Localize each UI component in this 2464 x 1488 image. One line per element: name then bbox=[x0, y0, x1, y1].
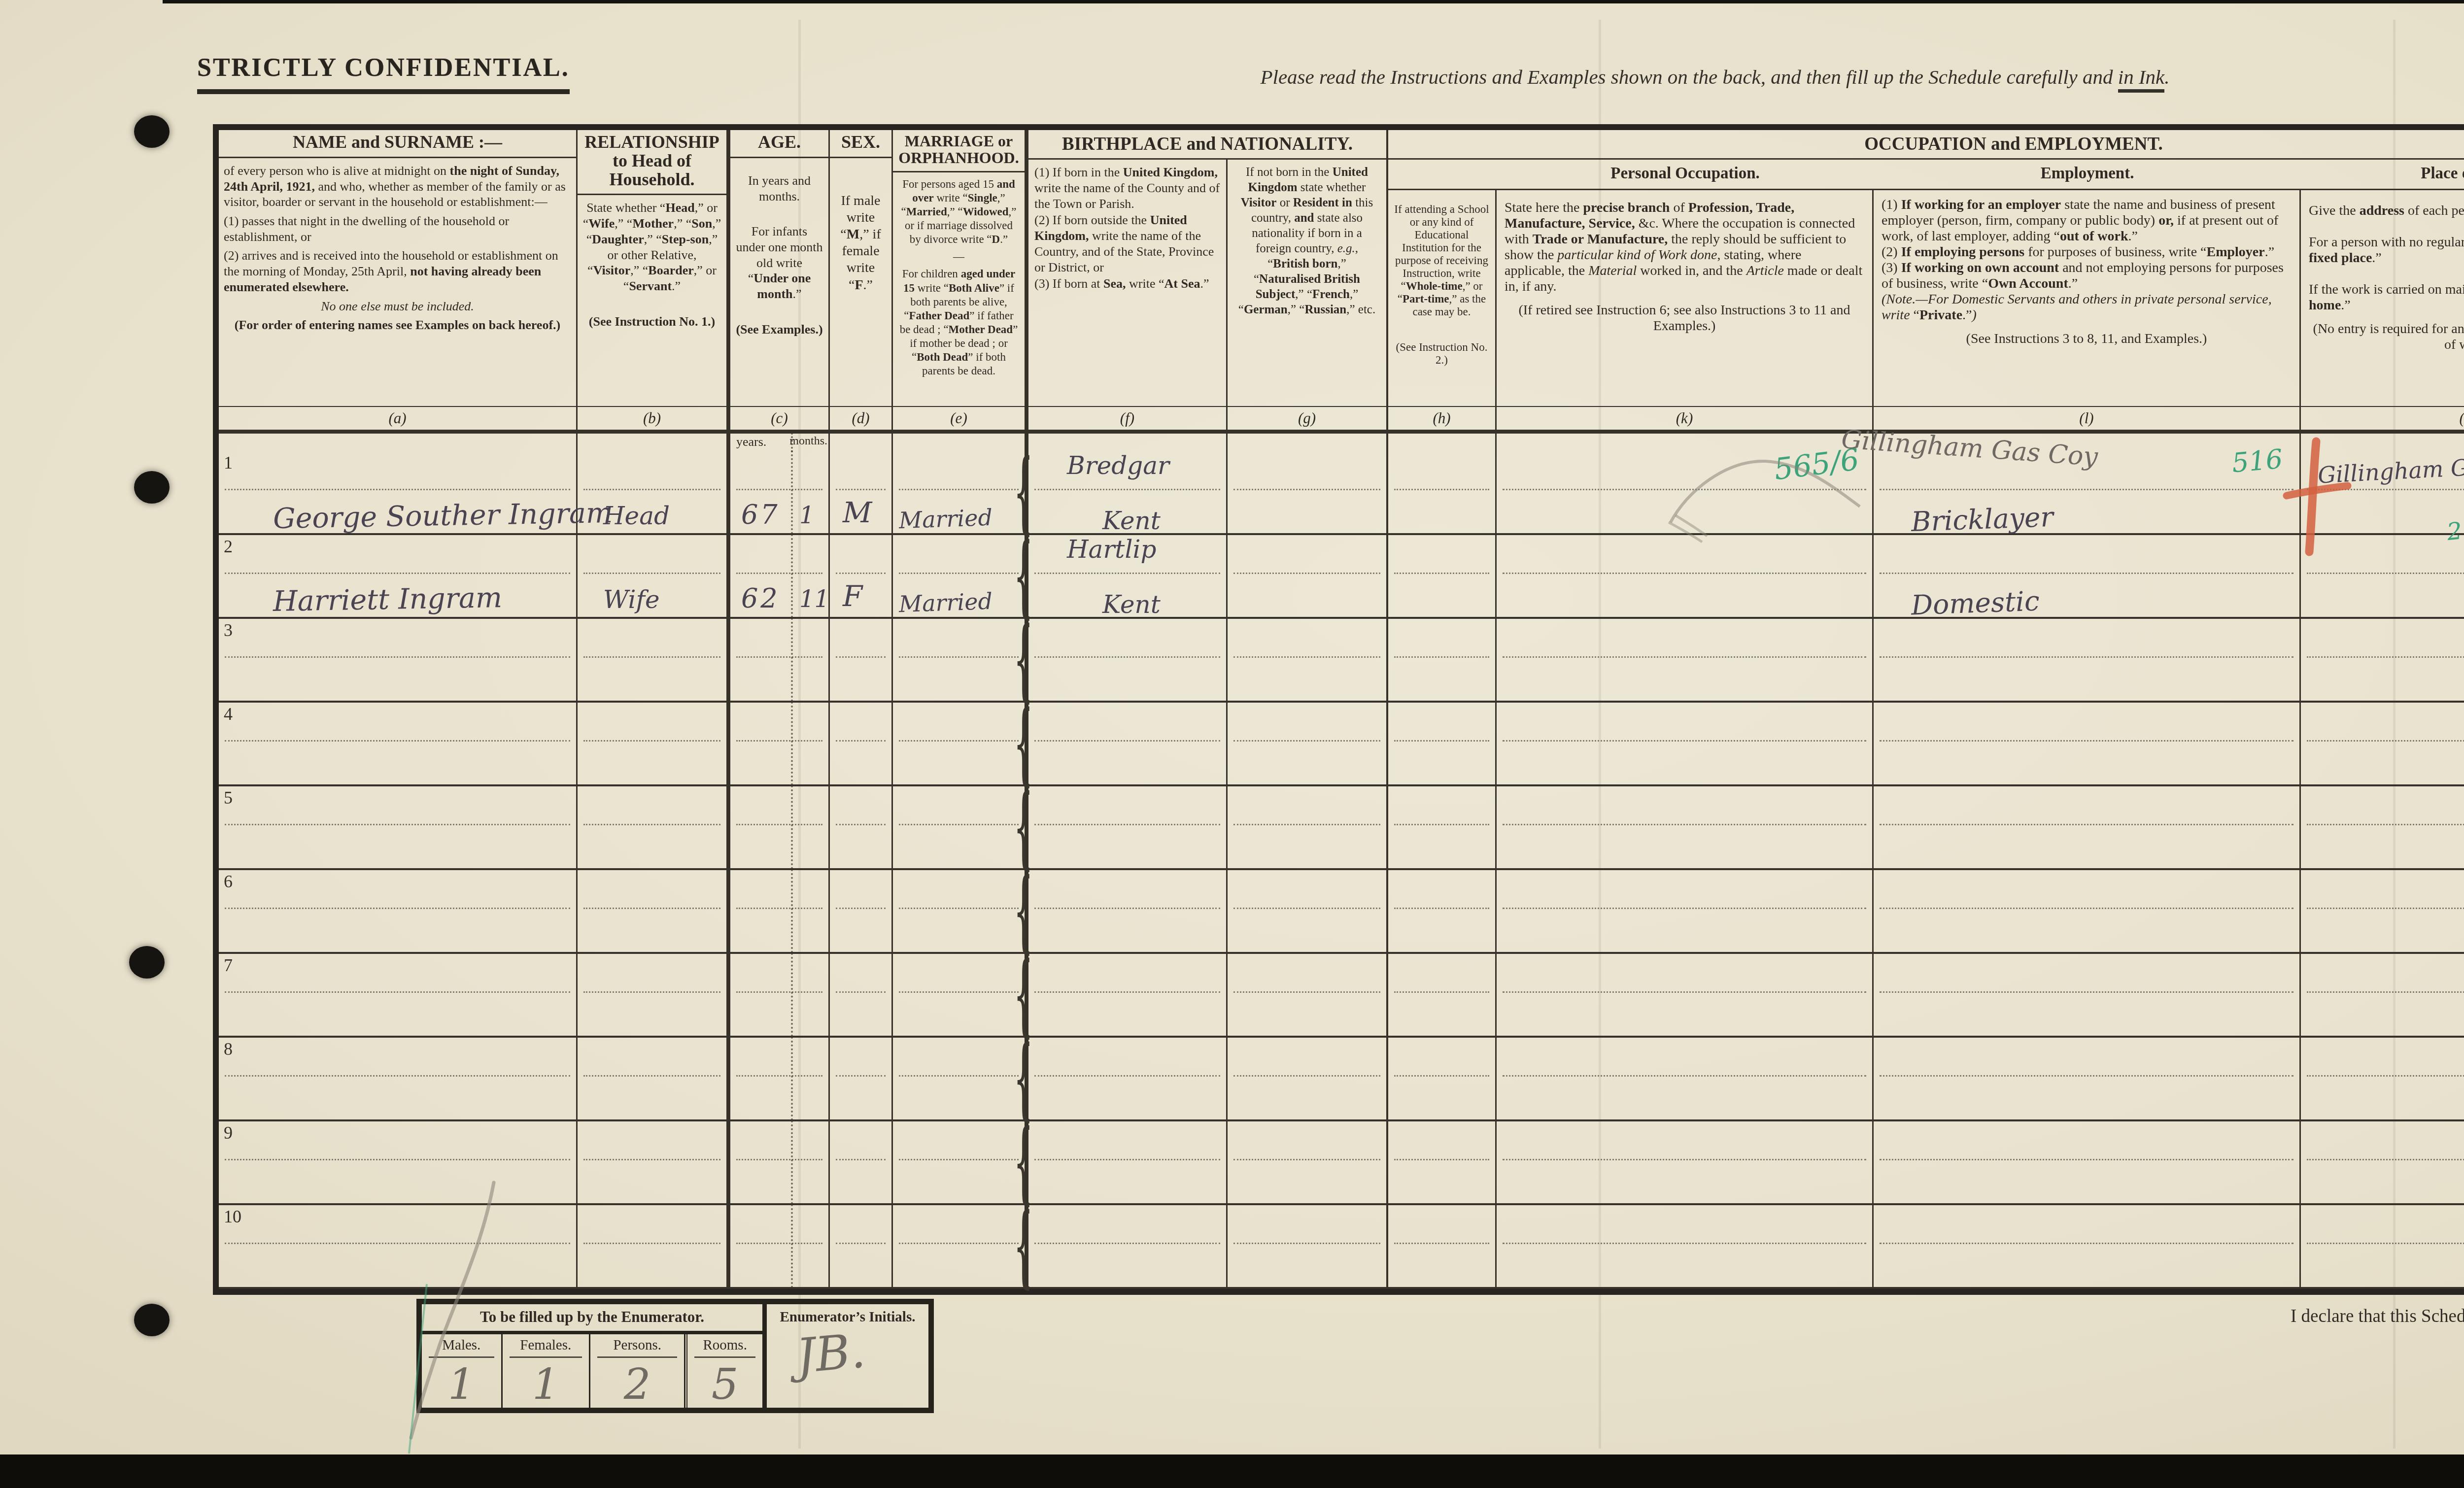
row-8-col-d bbox=[830, 1038, 893, 1121]
column-letter-k: (k) bbox=[1497, 406, 1874, 430]
column-letter-l: (l) bbox=[1874, 406, 2301, 430]
header-school-attendance: If attending a School or any kind of Edu… bbox=[1388, 190, 1497, 406]
row-8-col-b bbox=[578, 1038, 730, 1121]
row-3-col-g bbox=[1228, 619, 1388, 703]
row-7-col-d bbox=[830, 954, 893, 1038]
row-8-col-l bbox=[1874, 1038, 2301, 1121]
row-2-col-l: Domestic bbox=[1874, 535, 2301, 619]
females-label: Females. bbox=[510, 1334, 582, 1358]
row-number: 6 bbox=[224, 871, 233, 892]
punch-hole bbox=[134, 115, 170, 148]
relationship-entry: Head bbox=[603, 502, 670, 530]
row-number: 9 bbox=[224, 1122, 233, 1143]
rooms-label: Rooms. bbox=[694, 1334, 755, 1358]
row-1-col-f: {BredgarKent bbox=[1028, 451, 1228, 535]
subtitle-employment: Employment. bbox=[1874, 165, 2301, 183]
row-3-col-b bbox=[578, 619, 730, 703]
subheader-spacer bbox=[1388, 430, 1497, 451]
row-4-col-m bbox=[2301, 703, 2464, 786]
row-9-col-c bbox=[730, 1121, 830, 1205]
row-2-col-e: Married bbox=[893, 535, 1028, 619]
sex-entry: M bbox=[843, 496, 872, 529]
header-marriage-orphanhood: MARRIAGE or ORPHANHOOD. For persons aged… bbox=[893, 130, 1028, 406]
row-7-col-g bbox=[1228, 954, 1388, 1038]
row-5-col-g bbox=[1228, 786, 1388, 870]
row-10-col-c bbox=[730, 1205, 830, 1289]
row-5-col-d bbox=[830, 786, 893, 870]
subtitle-place-of-work: Place of Work. bbox=[2301, 165, 2464, 183]
row-1-col-g bbox=[1228, 451, 1388, 535]
occupation-entry: Bricklayer bbox=[1911, 501, 2054, 538]
row-10-col-k bbox=[1497, 1205, 1874, 1289]
row-3-col-c bbox=[730, 619, 830, 703]
column-letter-d: (d) bbox=[830, 406, 893, 430]
header-place-of-work: Give the address of each person’s place … bbox=[2301, 190, 2464, 406]
enumerator-initials-entry: JB. bbox=[794, 1323, 867, 1384]
signature-note: (Head of Household, Manager of Establish… bbox=[2454, 1402, 2464, 1419]
marriage-entry: Married bbox=[898, 588, 993, 618]
row-1-col-d: M bbox=[830, 451, 893, 535]
census-schedule-page: STRICTLY CONFIDENTIAL. Please read the I… bbox=[0, 0, 2464, 1488]
row-number: 5 bbox=[224, 787, 233, 808]
row-9-col-m bbox=[2301, 1121, 2464, 1205]
years-months-divider bbox=[791, 785, 793, 869]
row-2-col-h bbox=[1388, 535, 1497, 619]
name-entry: Harriett Ingram bbox=[273, 581, 502, 618]
subtitle-personal-occupation: Personal Occupation. bbox=[1497, 165, 1874, 183]
header-occupation-employment: OCCUPATION and EMPLOYMENT. Personal Occu… bbox=[1388, 130, 2464, 406]
years-months-divider bbox=[791, 1120, 793, 1204]
row-9-col-k bbox=[1497, 1121, 1874, 1205]
row-2-col-d: F bbox=[830, 535, 893, 619]
row-4-col-l bbox=[1874, 703, 2301, 786]
rooms-cell: Rooms. 5 bbox=[684, 1334, 762, 1408]
enumerator-summary-box: To be filled up by the Enumerator. Males… bbox=[416, 1299, 934, 1413]
row-10-col-g bbox=[1228, 1205, 1388, 1289]
row-6-col-f: { bbox=[1028, 870, 1228, 954]
row-9-col-h bbox=[1388, 1121, 1497, 1205]
row-9-col-l bbox=[1874, 1121, 2301, 1205]
row-7-col-e bbox=[893, 954, 1028, 1038]
row-number: 3 bbox=[224, 620, 233, 641]
row-5-col-b bbox=[578, 786, 730, 870]
years-months-divider bbox=[791, 702, 793, 785]
years-months-divider bbox=[791, 450, 793, 534]
employer-code-annotation: 516 bbox=[2230, 443, 2284, 479]
header-personal-occupation: State here the precise branch of Profess… bbox=[1497, 190, 1874, 406]
column-letter-a: (a) bbox=[219, 406, 578, 430]
row-7-col-c bbox=[730, 954, 830, 1038]
row-3-col-e bbox=[893, 619, 1028, 703]
row-7-col-b bbox=[578, 954, 730, 1038]
row-2-col-c: 6211 bbox=[730, 535, 830, 619]
column-letter-h: (h) bbox=[1388, 406, 1497, 430]
row-3-col-h bbox=[1388, 619, 1497, 703]
relationship-entry: Wife bbox=[603, 585, 660, 614]
row-10-col-f: { bbox=[1028, 1205, 1228, 1289]
years-months-divider bbox=[791, 1037, 793, 1120]
row-5-col-a: 5 bbox=[219, 786, 578, 870]
rooms-value: 5 bbox=[687, 1360, 762, 1409]
subheader-spacer bbox=[2301, 430, 2464, 451]
row-7-col-l bbox=[1874, 954, 2301, 1038]
row-3-col-l bbox=[1874, 619, 2301, 703]
row-10-col-b bbox=[578, 1205, 730, 1289]
row-8-col-k bbox=[1497, 1038, 1874, 1121]
subheader-spacer bbox=[1028, 430, 1228, 451]
row-10-col-m bbox=[2301, 1205, 2464, 1289]
occupation-entry: Domestic bbox=[1911, 585, 2040, 621]
years-months-divider bbox=[791, 1204, 793, 1288]
years-label: years. bbox=[736, 435, 766, 449]
enumerator-box-title: To be filled up by the Enumerator. bbox=[422, 1304, 762, 1334]
header-nationality: If not born in the United Kingdom state … bbox=[1228, 160, 1386, 406]
row-9-col-g bbox=[1228, 1121, 1388, 1205]
row-6-col-h bbox=[1388, 870, 1497, 954]
header-age: AGE. In years and months. For infants un… bbox=[730, 130, 830, 406]
row-number: 10 bbox=[224, 1206, 241, 1227]
birthplace-county-entry: Kent bbox=[1102, 590, 1161, 619]
sex-entry: F bbox=[843, 579, 862, 613]
row-8-col-c bbox=[730, 1038, 830, 1121]
row-6-col-d bbox=[830, 870, 893, 954]
subheader-spacer bbox=[893, 430, 1028, 451]
row-6-col-k bbox=[1497, 870, 1874, 954]
row-9-col-a: 9 bbox=[219, 1121, 578, 1205]
row-9-col-f: { bbox=[1028, 1121, 1228, 1205]
place-of-work-entry: Gillingham Gas Works bbox=[2317, 448, 2464, 488]
subheader-spacer bbox=[1228, 430, 1388, 451]
column-letter-f: (f) bbox=[1028, 406, 1228, 430]
years-months-subheader: years.months. bbox=[730, 430, 830, 451]
row-1-col-a: 1George Souther Ingram bbox=[219, 451, 578, 535]
enumerator-initials-label: Enumerator’s Initials. bbox=[767, 1304, 928, 1325]
row-1-col-m: Gillingham Gas Works2709/82 bbox=[2301, 451, 2464, 535]
subheader-spacer bbox=[830, 430, 893, 451]
months-label: months. bbox=[789, 435, 827, 448]
row-5-col-e bbox=[893, 786, 1028, 870]
header-relationship: RELATIONSHIP to Head of Household. State… bbox=[578, 130, 730, 406]
years-months-divider bbox=[791, 618, 793, 702]
column-letter-g: (g) bbox=[1228, 406, 1388, 430]
row-7-col-a: 7 bbox=[219, 954, 578, 1038]
row-6-col-g bbox=[1228, 870, 1388, 954]
row-5-col-c bbox=[730, 786, 830, 870]
header-sex: SEX. If male write “M,” if female write … bbox=[830, 130, 893, 406]
column-letter-m: (m) bbox=[2301, 406, 2464, 430]
row-4-col-b bbox=[578, 703, 730, 786]
subheader-spacer bbox=[219, 430, 578, 451]
row-6-col-m bbox=[2301, 870, 2464, 954]
header-employment: (1) If working for an employer state the… bbox=[1874, 190, 2301, 406]
row-8-col-f: { bbox=[1028, 1038, 1228, 1121]
row-2-col-k bbox=[1497, 535, 1874, 619]
punch-hole bbox=[134, 1304, 170, 1336]
row-number: 8 bbox=[224, 1039, 233, 1059]
row-6-col-b bbox=[578, 870, 730, 954]
row-5-col-k bbox=[1497, 786, 1874, 870]
row-7-col-k bbox=[1497, 954, 1874, 1038]
age-months-entry: 11 bbox=[799, 585, 829, 613]
row-10-col-a: 10 bbox=[219, 1205, 578, 1289]
row-5-col-h bbox=[1388, 786, 1497, 870]
place-code-annotation: 2709/82 bbox=[2446, 508, 2464, 546]
scan-edge-bottom bbox=[0, 1454, 2464, 1488]
birthplace-brace: { bbox=[1014, 1194, 1033, 1298]
row-1-col-e: Married bbox=[893, 451, 1028, 535]
row-2-col-a: 2Harriett Ingram bbox=[219, 535, 578, 619]
row-2-col-f: {HartlipKent bbox=[1028, 535, 1228, 619]
row-10-col-d bbox=[830, 1205, 893, 1289]
row-4-col-k bbox=[1497, 703, 1874, 786]
row-7-col-m bbox=[2301, 954, 2464, 1038]
row-10-col-h bbox=[1388, 1205, 1497, 1289]
enumerator-initials-cell: Enumerator’s Initials. JB. bbox=[767, 1304, 928, 1408]
row-1-col-c: 671 bbox=[730, 451, 830, 535]
occupation-subtitles: Personal Occupation. Employment. Place o… bbox=[1388, 160, 2464, 190]
column-letter-b: (b) bbox=[578, 406, 730, 430]
row-3-col-d bbox=[830, 619, 893, 703]
punch-hole bbox=[134, 471, 170, 504]
females-cell: Females. 1 bbox=[503, 1334, 590, 1408]
row-3-col-a: 3 bbox=[219, 619, 578, 703]
birthplace-entry: Bredgar bbox=[1067, 451, 1169, 480]
header-birthplace-nationality: BIRTHPLACE and NATIONALITY. (1) If born … bbox=[1028, 130, 1388, 406]
row-9-col-d bbox=[830, 1121, 893, 1205]
persons-cell: Persons. 2 bbox=[590, 1334, 685, 1408]
row-7-col-f: { bbox=[1028, 954, 1228, 1038]
row-number: 2 bbox=[224, 536, 233, 557]
row-1-col-l: Gillingham Gas Coy516Bricklayer bbox=[1874, 451, 2301, 535]
row-4-col-h bbox=[1388, 703, 1497, 786]
row-9-col-b bbox=[578, 1121, 730, 1205]
row-10-col-l bbox=[1874, 1205, 2301, 1289]
row-number: 1 bbox=[224, 452, 233, 473]
row-2-col-m bbox=[2301, 535, 2464, 619]
column-letter-c: (c) bbox=[730, 406, 830, 430]
row-6-col-e bbox=[893, 870, 1028, 954]
declaration-text: I declare that this Schedule is correctl… bbox=[2291, 1306, 2464, 1327]
row-9-col-e bbox=[893, 1121, 1028, 1205]
years-months-divider bbox=[791, 534, 793, 618]
birthplace-county-entry: Kent bbox=[1102, 507, 1161, 535]
row-5-col-f: { bbox=[1028, 786, 1228, 870]
census-table: NAME and SURNAME :— of every person who … bbox=[213, 124, 2464, 1295]
row-10-col-e bbox=[893, 1205, 1028, 1289]
row-4-col-d bbox=[830, 703, 893, 786]
row-7-col-h bbox=[1388, 954, 1497, 1038]
marriage-entry: Married bbox=[898, 504, 993, 534]
row-6-col-c bbox=[730, 870, 830, 954]
fill-in-ink-instruction: Please read the Instructions and Example… bbox=[1015, 65, 2415, 89]
header-birthplace: (1) If born in the United Kingdom, write… bbox=[1028, 160, 1228, 406]
row-3-col-k bbox=[1497, 619, 1874, 703]
row-6-col-a: 6 bbox=[219, 870, 578, 954]
row-8-col-a: 8 bbox=[219, 1038, 578, 1121]
punch-hole bbox=[129, 946, 165, 979]
row-8-col-h bbox=[1388, 1038, 1497, 1121]
row-number: 4 bbox=[224, 704, 233, 724]
females-value: 1 bbox=[503, 1360, 589, 1409]
years-months-divider bbox=[791, 869, 793, 953]
subheader-spacer bbox=[578, 430, 730, 451]
age-years-entry: 62 bbox=[741, 583, 780, 614]
males-value: 1 bbox=[422, 1360, 501, 1409]
row-2-col-b: Wife bbox=[578, 535, 730, 619]
row-4-col-g bbox=[1228, 703, 1388, 786]
persons-value: 2 bbox=[590, 1360, 684, 1409]
males-cell: Males. 1 bbox=[422, 1334, 503, 1408]
row-4-col-f: { bbox=[1028, 703, 1228, 786]
years-months-divider bbox=[791, 433, 793, 452]
row-number: 7 bbox=[224, 955, 233, 976]
row-8-col-e bbox=[893, 1038, 1028, 1121]
row-4-col-a: 4 bbox=[219, 703, 578, 786]
age-years-entry: 67 bbox=[741, 499, 780, 530]
birthplace-entry: Hartlip bbox=[1067, 535, 1156, 564]
column-letter-e: (e) bbox=[893, 406, 1028, 430]
age-months-entry: 1 bbox=[799, 502, 815, 529]
years-months-divider bbox=[791, 953, 793, 1037]
row-4-col-c bbox=[730, 703, 830, 786]
row-1-col-k: 565/6 bbox=[1497, 451, 1874, 535]
row-8-col-m bbox=[2301, 1038, 2464, 1121]
row-3-col-f: { bbox=[1028, 619, 1228, 703]
persons-label: Persons. bbox=[597, 1334, 677, 1358]
header-name-surname: NAME and SURNAME :— of every person who … bbox=[219, 130, 578, 406]
males-label: Males. bbox=[429, 1334, 494, 1358]
row-8-col-g bbox=[1228, 1038, 1388, 1121]
row-3-col-m bbox=[2301, 619, 2464, 703]
name-entry: George Souther Ingram bbox=[273, 497, 613, 535]
row-1-col-h bbox=[1388, 451, 1497, 535]
row-5-col-l bbox=[1874, 786, 2301, 870]
row-6-col-l bbox=[1874, 870, 2301, 954]
scan-edge-top bbox=[163, 0, 2464, 3]
row-5-col-m bbox=[2301, 786, 2464, 870]
row-2-col-g bbox=[1228, 535, 1388, 619]
confidential-heading: STRICTLY CONFIDENTIAL. bbox=[197, 53, 570, 94]
row-4-col-e bbox=[893, 703, 1028, 786]
